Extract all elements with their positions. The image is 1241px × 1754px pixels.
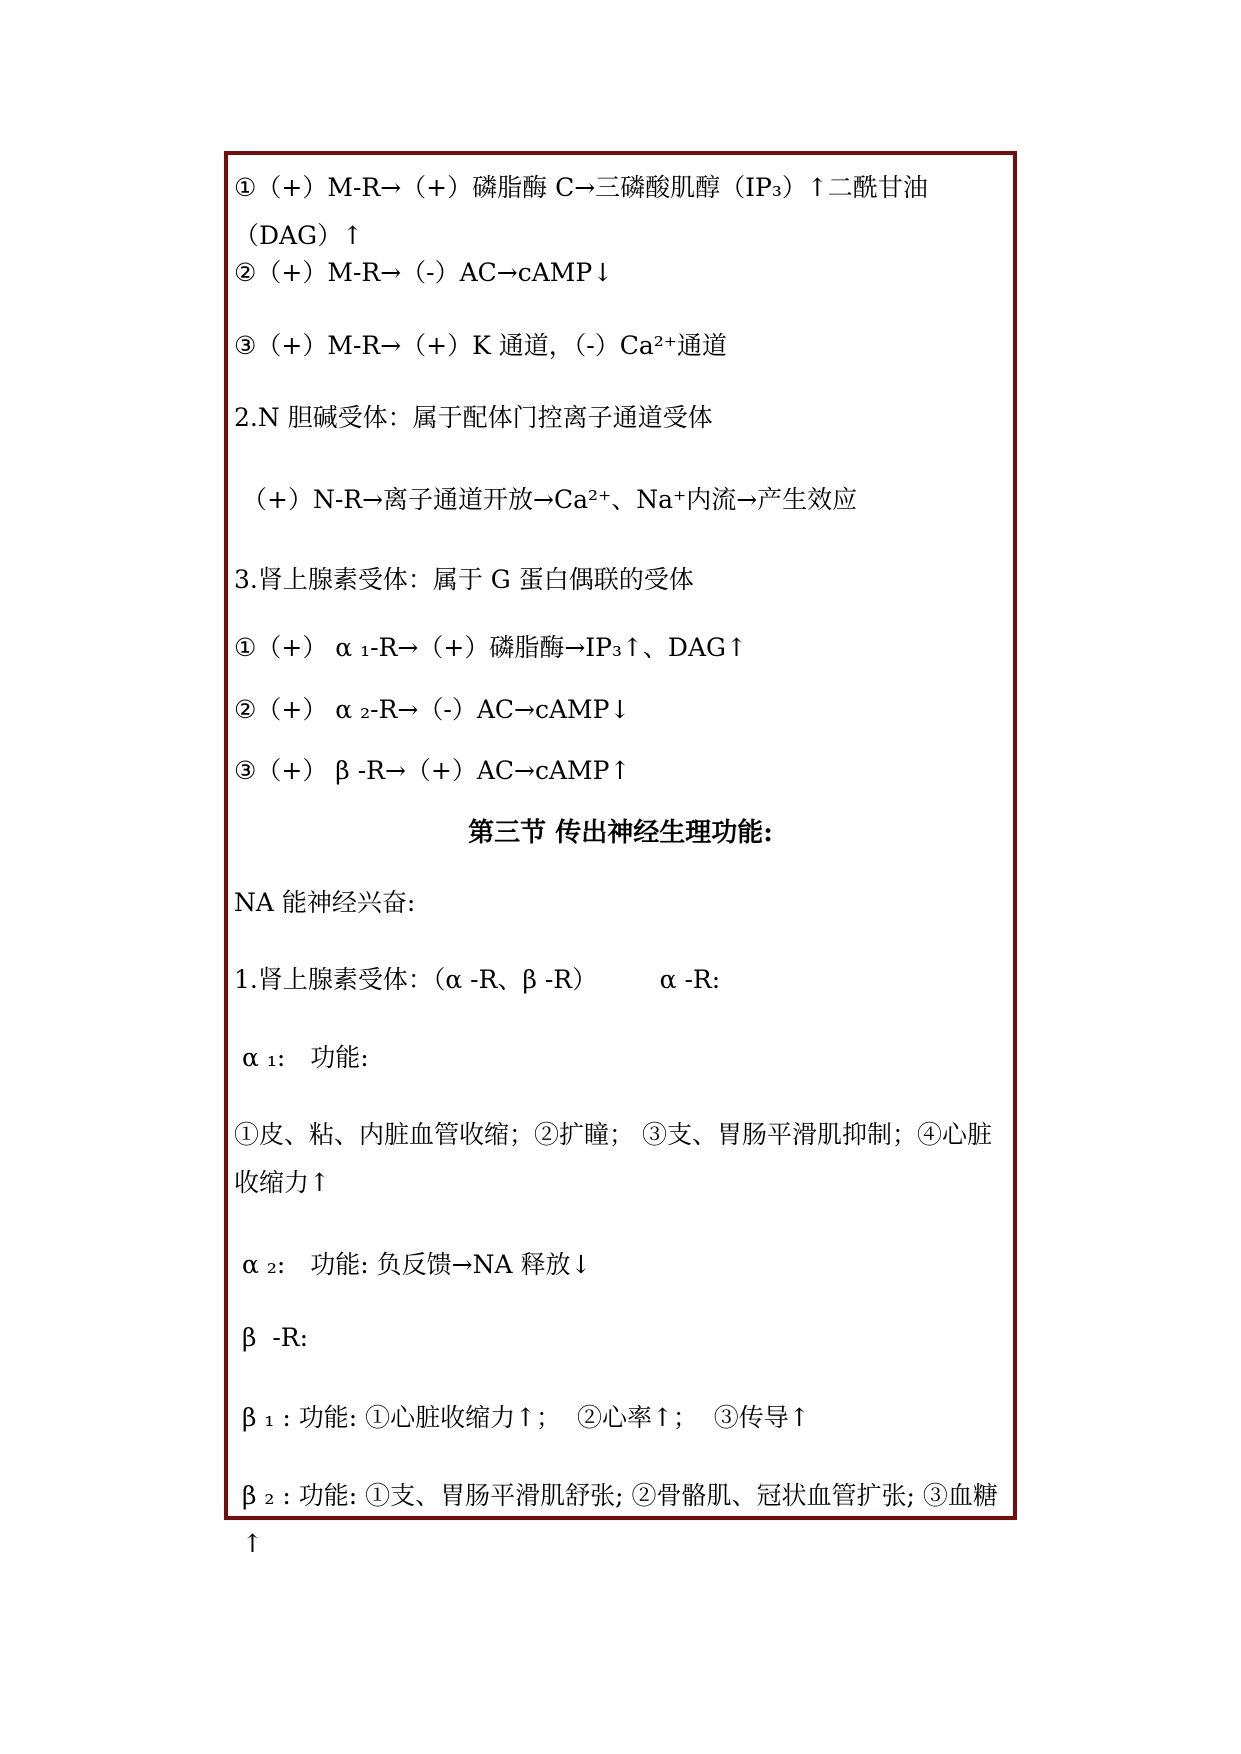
alpha2-function-effects: α ₂: 功能: 负反馈→NA 释放↓ bbox=[242, 1241, 1009, 1289]
document-border-box: ①（+）M-R→（+）磷脂酶 C→三磷酸肌醇（IP₃）↑二酰甘油（DAG）↑ ②… bbox=[224, 151, 1017, 1520]
alpha2-receptor-pathway: ②（+） α ₂-R→（-）AC→cAMP↓ bbox=[234, 686, 1009, 734]
beta1-function-effects: β ₁ : 功能: ①心脏收缩力↑； ②心率↑； ③传导↑ bbox=[242, 1394, 1009, 1442]
alpha1-function-effects: ①皮、粘、内脏血管收缩；②扩瞳； ③支、胃肠平滑肌抑制；④心脏收缩力↑ bbox=[234, 1111, 1009, 1207]
adrenergic-receptor-types: 1.肾上腺素受体：（α -R、β -R） α -R: bbox=[234, 956, 1009, 1004]
n-receptor-pathway: （+）N-R→离子通道开放→Ca²⁺、Na⁺内流→产生效应 bbox=[242, 476, 1009, 524]
beta2-function-effects: β ₂ : 功能: ①支、胃肠平滑肌舒张; ②骨骼肌、冠状血管扩张; ③血糖↑ bbox=[242, 1472, 1009, 1568]
beta-receptor-label: β -R: bbox=[242, 1314, 1009, 1362]
adrenergic-receptor-heading: 3.肾上腺素受体：属于 G 蛋白偶联的受体 bbox=[234, 556, 1009, 604]
section-title: 第三节 传出神经生理功能: bbox=[228, 809, 1013, 857]
alpha1-receptor-pathway: ①（+） α ₁-R→（+）磷脂酶→IP₃↑、DAG↑ bbox=[234, 624, 1009, 672]
n-cholinergic-receptor-heading: 2.N 胆碱受体：属于配体门控离子通道受体 bbox=[234, 394, 1009, 442]
m-receptor-effect-2: ②（+）M-R→（-）AC→cAMP↓ bbox=[234, 249, 1009, 297]
na-nerve-excitation-label: NA 能神经兴奋: bbox=[234, 879, 1009, 927]
beta-receptor-pathway: ③（+） β -R→（+）AC→cAMP↑ bbox=[234, 747, 1009, 795]
document-page: ①（+）M-R→（+）磷脂酶 C→三磷酸肌醇（IP₃）↑二酰甘油（DAG）↑ ②… bbox=[0, 0, 1241, 1754]
m-receptor-effect-3: ③（+）M-R→（+）K 通道，（-）Ca²⁺通道 bbox=[234, 322, 1009, 370]
alpha1-function-label: α ₁: 功能: bbox=[242, 1034, 1009, 1082]
m-receptor-effect-1: ①（+）M-R→（+）磷脂酶 C→三磷酸肌醇（IP₃）↑二酰甘油（DAG）↑ bbox=[234, 164, 1009, 260]
